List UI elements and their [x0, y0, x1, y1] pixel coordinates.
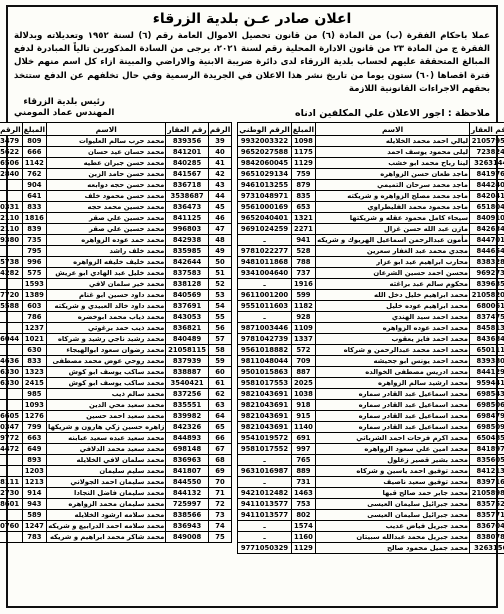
name-cell: محمد حسين علي صقر [47, 213, 166, 224]
national-id-cell: ـ [0, 323, 22, 334]
name-cell: مأمون عبدالرحمن اسماعيل الهريوك و شريكه [316, 235, 470, 246]
name-cell: محمد ادريس مصطفى الخوالده [316, 367, 470, 378]
national-id-cell: 9491009380 [0, 235, 22, 246]
amount-cell: 589 [22, 510, 46, 521]
signature-block: رئيس بلدية الزرقاء المهندس عماد المومني [14, 97, 114, 119]
property-number-cell: 835752 [470, 499, 504, 510]
table-row: 29841897محمد امين علي سعود الزواهره99795… [238, 444, 504, 455]
property-number-cell: 840569 [166, 290, 208, 301]
property-number-cell: 836943 [166, 521, 208, 532]
name-cell: مازن عبد الله حسن غزال [316, 224, 470, 235]
national-id-cell: ـ [238, 532, 292, 543]
property-number-cell: 725997 [166, 499, 208, 510]
table-row: 30835605محمد بشير قصير زغلول765ـ [238, 455, 504, 466]
name-cell: محمد روحي عوض محمد مصطفى [47, 356, 166, 367]
amount-cell: 786 [22, 312, 46, 323]
name-cell: محمد احمد محمد عبدالرحمن و شركاه [316, 345, 470, 356]
table-row: 35835771محمد جبرائيل سليمان العيسى802941… [238, 510, 504, 521]
amount-cell: 759 [291, 169, 315, 180]
table-row: 75849008محمد شاكر محمد ابراهيم و شريكه78… [0, 532, 232, 543]
table-row: 5844240ماجد محمد سرحان التميمي8799461013… [238, 180, 504, 191]
amount-cell: 1140 [291, 422, 315, 433]
row-number-cell: 47 [208, 224, 232, 235]
row-number-cell: 40 [208, 147, 232, 158]
national-id-cell: ـ [238, 455, 292, 466]
amount-cell: 795 [22, 246, 46, 257]
name-cell: محمد ابراهيم خليل دخل الله [316, 290, 470, 301]
property-number-cell: 842634 [470, 224, 504, 235]
national-id-cell: ـ [238, 279, 292, 290]
national-id-header: الرقم الوطني [0, 123, 22, 136]
name-cell: محمد سلامه احمد الدرابيع و شريكه [47, 521, 166, 532]
table-row: 13969273محسن احمد حسين الشرعان7379341004… [238, 268, 504, 279]
table-row: 62837256محمد سالم ذيب985ـ [0, 389, 232, 400]
name-cell: محمد شاكر محمد ابراهيم و شريكه [47, 532, 166, 543]
amount-cell: 833 [22, 202, 46, 213]
property-number-cell: 840489 [166, 334, 208, 345]
name-cell: محمد حسن جبران عطيه [47, 158, 166, 169]
table-row: 47996803محمد حسين علي صقر8399581022110 [0, 224, 232, 235]
table-row: 43836718محمد حسن حجه دوابعه904ـ [0, 180, 232, 191]
amount-cell: 1093 [22, 400, 46, 411]
table-row: 32839716محمد توفيق سعيد ناصيف731ـ [238, 477, 504, 488]
tables-row: الرقمرقم العقارالاسمالمبلغالرقم الوطني12… [12, 122, 492, 554]
amount-cell: 997 [291, 444, 315, 455]
announcement-page: اعلان صادر عـن بلدية الزرقاء عملا باحكام… [0, 0, 504, 614]
row-number-cell: 60 [208, 367, 232, 378]
amount-cell: 1129 [291, 158, 315, 169]
amount-cell: 1175 [291, 147, 315, 158]
table-row: 1521058209محمد ابراهيم خليل دخل الله5999… [238, 290, 504, 301]
property-number-cell: 21057959 [470, 136, 504, 147]
property-number-cell: 842041 [470, 191, 504, 202]
national-id-cell: ـ [0, 312, 22, 323]
amount-cell: 1129 [291, 543, 315, 554]
property-number-cell: 841807 [166, 466, 208, 477]
name-cell: ليلى محمود يوسف احمد [316, 147, 470, 158]
national-id-cell: 9731048971 [238, 191, 292, 202]
amount-cell: 833 [22, 356, 46, 367]
property-number-cell: 650485 [470, 433, 504, 444]
table-row: 69841807محمد سليم سليمان1203ـ [0, 466, 232, 477]
name-cell: ليالي احمد محمد الخلايله [316, 136, 470, 147]
amount-cell: 1213 [22, 477, 46, 488]
amount-cell: 1593 [22, 279, 46, 290]
national-id-cell: 9631016330 [0, 367, 22, 378]
property-number-cell: 838328 [470, 257, 504, 268]
name-cell: محمد اسماعيل عبد القادر سماره [316, 389, 470, 400]
table-row: 23959441محمد ارشيد سالم الزواهره20259581… [238, 378, 504, 389]
name-cell: محمد حسين علي صقر [47, 224, 166, 235]
property-number-cell: 839716 [470, 477, 504, 488]
property-number-cell: 838566 [166, 510, 208, 521]
table-row: 72725997محمد سليمان محمد الزواهره9439751… [0, 499, 232, 510]
amount-cell: 735 [22, 235, 46, 246]
amount-cell: 630 [22, 345, 46, 356]
national-id-cell: 9261000331 [0, 202, 22, 213]
national-id-cell: 9561018882 [238, 345, 292, 356]
amount-cell: 1321 [291, 213, 315, 224]
name-cell: محمد حسين محمد حجه [47, 202, 166, 213]
national-id-cell: 9481011868 [238, 257, 292, 268]
table-row: 53840569محمد داود حسين ابو غنام138993310… [0, 290, 232, 301]
name-cell: محمد توفيق سعيد ناصيف [316, 477, 470, 488]
name-cell: محمد جبرائيل سليمان العيسى [316, 510, 470, 521]
table-row: 443538687محمد حسن محمود خلف641ـ [0, 191, 232, 202]
table-row: 24698543محمد اسماعيل عبد القادر سماره103… [238, 389, 504, 400]
property-number-cell: 650111 [470, 345, 504, 356]
property-number-cell: 839380 [470, 356, 504, 367]
amount-cell: 663 [22, 433, 46, 444]
note-line: ملاحظة : اجور الاعلان علي المكلفين ادناه [295, 108, 490, 119]
national-id-cell: 9781022277 [238, 246, 292, 257]
name-cell: محكوم سالم عبد براغثه [316, 279, 470, 290]
name-cell: محمد جبريل محمد عبدالله سبيتان [316, 532, 470, 543]
row-number-cell: 59 [208, 356, 232, 367]
table-row: 31841213محمد توفيق احمد ياسين و شركاه889… [238, 466, 504, 477]
name-cell: محمد بشير قصير زغلول [316, 455, 470, 466]
national-id-cell: 9341004640 [238, 268, 292, 279]
row-number-cell: 70 [208, 477, 232, 488]
national-id-cell: 9811048044 [238, 356, 292, 367]
property-number-cell: 651804 [470, 202, 504, 213]
national-id-cell: 9411013577 [238, 499, 292, 510]
row-number-cell: 49 [208, 246, 232, 257]
national-id-cell: 9331005622 [0, 147, 22, 158]
property-number-cell: 842938 [166, 235, 208, 246]
amount-cell: 709 [291, 356, 315, 367]
row-number-cell: 58 [208, 345, 232, 356]
name-cell: سيحاء كامل محمود عقله و شريكتها [316, 213, 470, 224]
property-number-cell: 996803 [166, 224, 208, 235]
amount-cell: 666 [22, 147, 46, 158]
property-number-cell: 698479 [470, 411, 504, 422]
national-id-cell: 9821043691 [238, 389, 292, 400]
property-number-cell: 698509 [470, 422, 504, 433]
national-id-cell: ـ [0, 180, 22, 191]
table-row: 54837691محمد داود خالد العبيدي و شريكته6… [0, 301, 232, 312]
property-number-cell: 836704 [470, 521, 504, 532]
amount-cell: 1337 [291, 334, 315, 345]
amount-cell: 2025 [291, 378, 315, 389]
national-id-cell: 9651029134 [238, 169, 292, 180]
national-id-cell: 9631016330 [0, 378, 22, 389]
row-number-cell: 39 [208, 136, 232, 147]
property-number-cell: 844893 [166, 433, 208, 444]
property-number-cell: 842644 [166, 257, 208, 268]
table-row: 613540421محمد ساكب يوسف ابو كوش241596310… [0, 378, 232, 389]
name-cell: محمد حسن حامد الزبن [47, 169, 166, 180]
table-row: 3321058986محمد جابر حمد صالح قبها1463942… [238, 488, 504, 499]
amount-cell: 765 [291, 455, 315, 466]
table-row: 68836963محمد سلمان لافي الخلايله893ـ [0, 455, 232, 466]
national-id-cell: ـ [0, 455, 22, 466]
national-id-cell: 9841014472 [0, 444, 22, 455]
property-number-cell: 843053 [166, 312, 208, 323]
row-number-cell: 75 [208, 532, 232, 543]
property-number-cell: 849008 [166, 532, 208, 543]
national-id-cell: 9932003322 [238, 136, 292, 147]
row-number-cell: 45 [208, 202, 232, 213]
table-row: 121057959ليالي احمد محمد الخلايله1098993… [238, 136, 504, 147]
national-id-cell: 9652040401 [238, 213, 292, 224]
national-id-cell: 9842060045 [238, 158, 292, 169]
property-number-cell: 844654 [470, 246, 504, 257]
name-cell: محمد رشيد ناجي رشيد و شركاه [47, 334, 166, 345]
amount-cell: 1276 [22, 411, 46, 422]
property-number-cell: 836473 [166, 202, 208, 213]
property-number-cell: 844129 [470, 367, 504, 378]
amount-cell: 649 [22, 444, 46, 455]
property-number-cell: 839982 [166, 411, 208, 422]
name-cell: محمد سليمان احمد الجولاني [47, 477, 166, 488]
name-cell: لينا رباح محمد ابو خشب [316, 158, 470, 169]
name-cell: محمد حسن حجه دوابعه [47, 180, 166, 191]
national-id-cell: 9821043691 [238, 400, 292, 411]
national-id-cell: 9701014282 [0, 268, 22, 279]
national-id-cell: 9541019572 [238, 433, 292, 444]
national-id-cell: ـ [238, 521, 292, 532]
national-id-cell: 9532000347 [0, 422, 22, 433]
row-number-cell: 63 [208, 400, 232, 411]
property-number-cell: 839635 [470, 279, 504, 290]
table-row: 59837939محمد روحي عوض محمد مصطفى83394310… [0, 356, 232, 367]
property-number-cell: 835551 [166, 400, 208, 411]
national-id-cell: 9681002730 [0, 488, 22, 499]
property-number-cell: 959441 [470, 378, 504, 389]
property-number-cell: 969273 [470, 268, 504, 279]
national-id-cell: ـ [0, 389, 22, 400]
name-cell: محمد سعيد محمد الدلافي [47, 444, 166, 455]
row-number-cell: 64 [208, 411, 232, 422]
table-row: 36836704محمد جبريل فياض عديب1574ـ [238, 521, 504, 532]
table-header-row: الرقمرقم العقارالاسمالمبلغالرقم الوطني [238, 123, 504, 136]
amount-cell: 802 [291, 510, 315, 521]
table-row: 5821058115محمد رضوان سعود ابوالهيجاء630ـ [0, 345, 232, 356]
property-number-cell: 840285 [166, 158, 208, 169]
property-number-cell: 21058986 [470, 488, 504, 499]
signature-title: رئيس بلدية الزرقاء [14, 97, 114, 108]
property-number-cell: 841976 [470, 169, 504, 180]
national-id-cell: ـ [238, 312, 292, 323]
amount-cell: 1323 [22, 367, 46, 378]
national-id-cell: ـ [0, 466, 22, 477]
table-row: 12838328محارب ابراهيم عيد ابو عزار788948… [238, 257, 504, 268]
row-number-cell: 53 [208, 290, 232, 301]
amount-header: المبلغ [291, 123, 315, 136]
amount-cell: 915 [291, 411, 315, 422]
name-header: الاسم [316, 123, 470, 136]
table-row: 2723824ليلى محمود يوسف احمد1175965202758… [238, 147, 504, 158]
table-row: 33263144لينا رباح محمد ابو خشب1129984206… [238, 158, 504, 169]
name-cell: محمد سلمان لافي الخلايله [47, 455, 166, 466]
name-cell: محسن احمد حسين الشرعان [316, 268, 470, 279]
amount-cell: 904 [22, 180, 46, 191]
national-id-cell: 9421012482 [238, 488, 292, 499]
amount-cell: 839 [22, 224, 46, 235]
national-id-cell: 9581016044 [0, 334, 22, 345]
row-number-cell: 66 [208, 433, 232, 444]
property-number-cell: 838078 [470, 532, 504, 543]
national-id-cell: 9551011603 [238, 301, 292, 312]
name-cell: محمد خليف خليفه الزواهره [47, 257, 166, 268]
property-number-cell: 837475 [470, 312, 504, 323]
property-number-cell: 837691 [166, 301, 208, 312]
table-row: 37838078محمد جبريل محمد عبدالله سبيتان11… [238, 532, 504, 543]
table-row: 64839982محمد سعيد احمد حسين1276944100660… [0, 411, 232, 422]
amount-cell: 893 [22, 455, 46, 466]
property-number-cell: 841897 [470, 444, 504, 455]
national-id-cell: 9821043691 [238, 422, 292, 433]
row-number-cell: 46 [208, 213, 232, 224]
amount-cell: 889 [291, 466, 315, 477]
name-cell: محمد توفيق احمد ياسين و شركاه [316, 466, 470, 477]
table-row: 28650485محمد اكرم فرحات احمد الشرباتي691… [238, 433, 504, 444]
signature-name: المهندس عماد المومني [14, 108, 114, 119]
signature-note-row: ملاحظة : اجور الاعلان علي المكلفين ادناه… [14, 97, 490, 119]
table-row: 19843684محمد احمد فايز يعقوب133797810427… [238, 334, 504, 345]
amount-cell: 996 [22, 257, 46, 268]
name-cell: محمد سعيد عبده سعيد عبابنه [47, 433, 166, 444]
property-number-cell: 3540421 [166, 378, 208, 389]
name-cell: محمد سلامه ارشود الخلايله [47, 510, 166, 521]
table-row: 6842041ماجد محمد مصلح الزواهره و شريكته8… [238, 191, 504, 202]
table-header-row: الرقمرقم العقارالاسمالمبلغالرقم الوطني [0, 123, 232, 136]
amount-cell: 1182 [291, 301, 315, 312]
name-cell: محمد سالم ذيب [47, 389, 166, 400]
table-row: 60838887محمد ساكب يوسف ابو كوش1323963101… [0, 367, 232, 378]
row-number-cell: 41 [208, 158, 232, 169]
table-row: 67698148محمد سعيد محمد الدلافي6499841014… [0, 444, 232, 455]
amount-cell: 572 [291, 345, 315, 356]
property-number-cell: 838887 [166, 367, 208, 378]
name-cell: محمد رضوان سعود ابوالهيجاء [47, 345, 166, 356]
national-id-cell: 9491012840 [0, 169, 22, 180]
amount-cell: 737 [291, 268, 315, 279]
taxpayers-table-rows-39-75: الرقمرقم العقارالاسمالمبلغالرقم الوطني39… [0, 122, 232, 543]
name-cell: محمد اسماعيل عبد القادر سماره [316, 400, 470, 411]
national-id-cell: 9411013577 [238, 510, 292, 521]
amount-cell: 2415 [22, 378, 46, 389]
property-number-cell: 841125 [166, 213, 208, 224]
property-number-cell: 841201 [166, 147, 208, 158]
property-number-cell: 835771 [470, 510, 504, 521]
name-cell: زاهره حسين زكي هارون و شريكها [47, 422, 166, 433]
national-id-cell: 9781042739 [238, 334, 292, 345]
property-number-cell: 680061 [470, 301, 504, 312]
row-number-header: الرقم [208, 123, 232, 136]
table-row: 52838128محمد خير سلمان لافي1593ـ [0, 279, 232, 290]
national-id-cell: ـ [0, 279, 22, 290]
row-number-cell: 72 [208, 499, 232, 510]
name-cell: محمد احمد سيد الهندي [316, 312, 470, 323]
property-number-cell: 3263144 [470, 158, 504, 169]
row-number-cell: 62 [208, 389, 232, 400]
national-id-cell: 9731020760 [0, 521, 22, 532]
table-row: 48842938محمد حمد عوده الزواهره7359491009… [0, 235, 232, 246]
amount-cell: 799 [22, 422, 46, 433]
name-cell: محمد خلف راشد [47, 246, 166, 257]
name-cell: محمد اسماعيل عبد القادر سماره [316, 422, 470, 433]
name-cell: محمد جبرائيل سليمان العيسى [316, 499, 470, 510]
table-row: 39839356محمد حرب سالم العليوات8099961053… [0, 136, 232, 147]
property-number-cell: 837939 [166, 356, 208, 367]
national-id-header: الرقم الوطني [238, 123, 292, 136]
property-number-cell: 844550 [166, 477, 208, 488]
amount-cell: 943 [22, 499, 46, 510]
property-number-cell: 839356 [166, 136, 208, 147]
property-number-cell: 837583 [166, 268, 208, 279]
name-cell: محمد ابراهيم عوده خليل [316, 301, 470, 312]
property-number-cell: 843684 [470, 334, 504, 345]
national-id-cell: 9652027588 [238, 147, 292, 158]
table-row: 70844550محمد سليمان احمد الجولاني1213976… [0, 477, 232, 488]
national-id-cell: ـ [238, 477, 292, 488]
property-number-cell: 3263156 [470, 543, 504, 554]
national-id-cell: 9411009772 [0, 433, 22, 444]
row-number-cell: 43 [208, 180, 232, 191]
name-cell: محمد جميل محمود صالح [316, 543, 470, 554]
table-row: 20650111محمد احمد محمد عبدالرحمن و شركاه… [238, 345, 504, 356]
page-title: اعلان صادر عـن بلدية الزرقاء [12, 11, 492, 27]
announcement-body: عملا باحكام الفقرة (ب) من المادة (٦) من … [14, 30, 490, 96]
table-row: 4841976ماجد طعان حسن الزواهره75996510291… [238, 169, 504, 180]
table-row: 27698509محمد اسماعيل عبد القادر سماره114… [238, 422, 504, 433]
name-cell: محمد خليل عبد الهادي ابو عريش [47, 268, 166, 279]
table-row: 45836473محمد حسين محمد حجه8339261000331 [0, 202, 232, 213]
amount-cell: 753 [291, 499, 315, 510]
property-number-cell: 21058115 [166, 345, 208, 356]
property-number-cell: 836963 [166, 455, 208, 466]
property-number-cell: 841567 [166, 169, 208, 180]
property-number-cell: 841213 [470, 466, 504, 477]
name-cell: محمد امين علي سعود الزواهره [316, 444, 470, 455]
table-row: 63835551محمد سعيد محي الدين1093ـ [0, 400, 232, 411]
amount-cell: 1574 [291, 521, 315, 532]
table-row: 7651804ماجد محمود محمد الفليطراوي6539561… [238, 202, 504, 213]
national-id-cell: 9441006605 [0, 411, 22, 422]
name-cell: محمد جابر حمد صالح قبها [316, 488, 470, 499]
amount-cell: 887 [291, 367, 315, 378]
amount-cell: 603 [22, 301, 46, 312]
national-id-cell: ـ [0, 400, 22, 411]
name-cell: محمد داود حسين ابو غنام [47, 290, 166, 301]
row-number-cell: 67 [208, 444, 232, 455]
table-row: 11844654مجدي محمد عبد الغفار سعرين528978… [238, 246, 504, 257]
amount-cell: 1142 [22, 158, 46, 169]
name-cell: محمد خير سلمان لافي [47, 279, 166, 290]
amount-cell: 1038 [291, 389, 315, 400]
national-id-cell: 9501015863 [238, 367, 292, 378]
amount-cell: 1098 [291, 136, 315, 147]
name-cell: محمد ارشيد سالم الزواهره [316, 378, 470, 389]
amount-cell: 599 [291, 290, 315, 301]
amount-cell: 1916 [291, 279, 315, 290]
amount-cell: 2271 [291, 224, 315, 235]
name-cell: محمد حمد عوده الزواهره [47, 235, 166, 246]
name-cell: محمد اكرم فرحات احمد الشرباتي [316, 433, 470, 444]
property-number-cell: 845813 [470, 323, 504, 334]
table-row: 14839635محكوم سالم عبد براغثه1916ـ [238, 279, 504, 290]
national-id-cell: ـ [0, 191, 22, 202]
national-id-cell: 9761018111 [0, 477, 22, 488]
table-row: 73838566محمد سلامه ارشود الخلايله589ـ [0, 510, 232, 521]
national-id-cell: 9561000169 [238, 202, 292, 213]
national-id-cell: ـ [238, 235, 292, 246]
table-row: 18845813محمد احمد عوده الزواهره110998710… [238, 323, 504, 334]
property-number-cell: 836718 [166, 180, 208, 191]
property-number-cell: 835985 [166, 246, 208, 257]
